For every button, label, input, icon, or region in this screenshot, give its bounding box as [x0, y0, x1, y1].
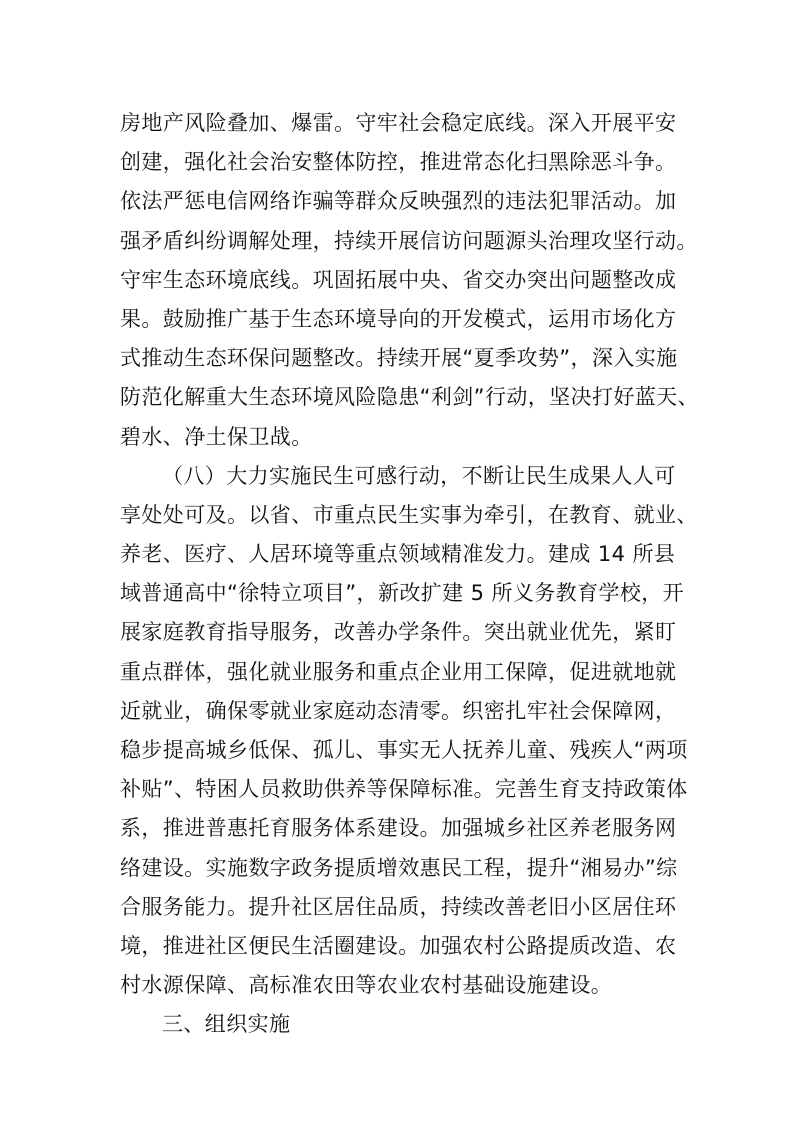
- section-heading-text: 三、组织实施: [120, 1005, 690, 1044]
- text-line: 果。鼓励推广基于生态环境导向的开发模式，运用市场化方: [120, 300, 690, 339]
- paragraph-continuation: 房地产风险叠加、爆雷。守牢社会稳定底线。深入开展平安 创建，强化社会治安整体防控…: [120, 104, 690, 457]
- text-line: 依法严惩电信网络诈骗等群众反映强烈的违法犯罪活动。加: [120, 182, 690, 221]
- text-line: 境，推进社区便民生活圈建设。加强农村公路提质改造、农: [120, 927, 690, 966]
- text-line: 展家庭教育指导服务，改善办学条件。突出就业优先，紧盯: [120, 613, 690, 652]
- text-line: 近就业，确保零就业家庭动态清零。织密扎牢社会保障网，: [120, 692, 690, 731]
- document-body: 房地产风险叠加、爆雷。守牢社会稳定底线。深入开展平安 创建，强化社会治安整体防控…: [120, 104, 690, 1045]
- paragraph-section-8: （八）大力实施民生可感行动，不断让民生成果人人可 享处处可及。以省、市重点民生实…: [120, 457, 690, 1006]
- text-line: 系，推进普惠托育服务体系建设。加强城乡社区养老服务网: [120, 809, 690, 848]
- text-line: 合服务能力。提升社区居住品质，持续改善老旧小区居住环: [120, 888, 690, 927]
- text-line: 防范化解重大生态环境风险隐患“利剑”行动，坚决打好蓝天、: [120, 378, 690, 417]
- text-line: 稳步提高城乡低保、孤儿、事实无人抚养儿童、残疾人“两项: [120, 731, 690, 770]
- text-line: 重点群体，强化就业服务和重点企业用工保障，促进就地就: [120, 653, 690, 692]
- text-line: 碧水、净土保卫战。: [120, 418, 690, 457]
- text-line: 村水源保障、高标准农田等农业农村基础设施建设。: [120, 966, 690, 1005]
- text-line: 房地产风险叠加、爆雷。守牢社会稳定底线。深入开展平安: [120, 104, 690, 143]
- text-line: 域普通高中“徐特立项目”，新改扩建 5 所义务教育学校，开: [120, 574, 690, 613]
- text-line: 创建，强化社会治安整体防控，推进常态化扫黑除恶斗争。: [120, 143, 690, 182]
- text-line: 享处处可及。以省、市重点民生实事为牵引，在教育、就业、: [120, 496, 690, 535]
- text-line: 络建设。实施数字政务提质增效惠民工程，提升“湘易办”综: [120, 849, 690, 888]
- text-line: 补贴”、特困人员救助供养等保障标准。完善生育支持政策体: [120, 770, 690, 809]
- text-line: 养老、医疗、人居环境等重点领域精准发力。建成 14 所县: [120, 535, 690, 574]
- text-line: 强矛盾纠纷调解处理，持续开展信访问题源头治理攻坚行动。: [120, 222, 690, 261]
- section-8-heading-line: （八）大力实施民生可感行动，不断让民生成果人人可: [120, 457, 690, 496]
- text-line: 守牢生态环境底线。巩固拓展中央、省交办突出问题整改成: [120, 261, 690, 300]
- text-line: 式推动生态环保问题整改。持续开展“夏季攻势”，深入实施: [120, 339, 690, 378]
- section-heading-3: 三、组织实施: [120, 1005, 690, 1044]
- document-page: 房地产风险叠加、爆雷。守牢社会稳定底线。深入开展平安 创建，强化社会治安整体防控…: [0, 0, 793, 1122]
